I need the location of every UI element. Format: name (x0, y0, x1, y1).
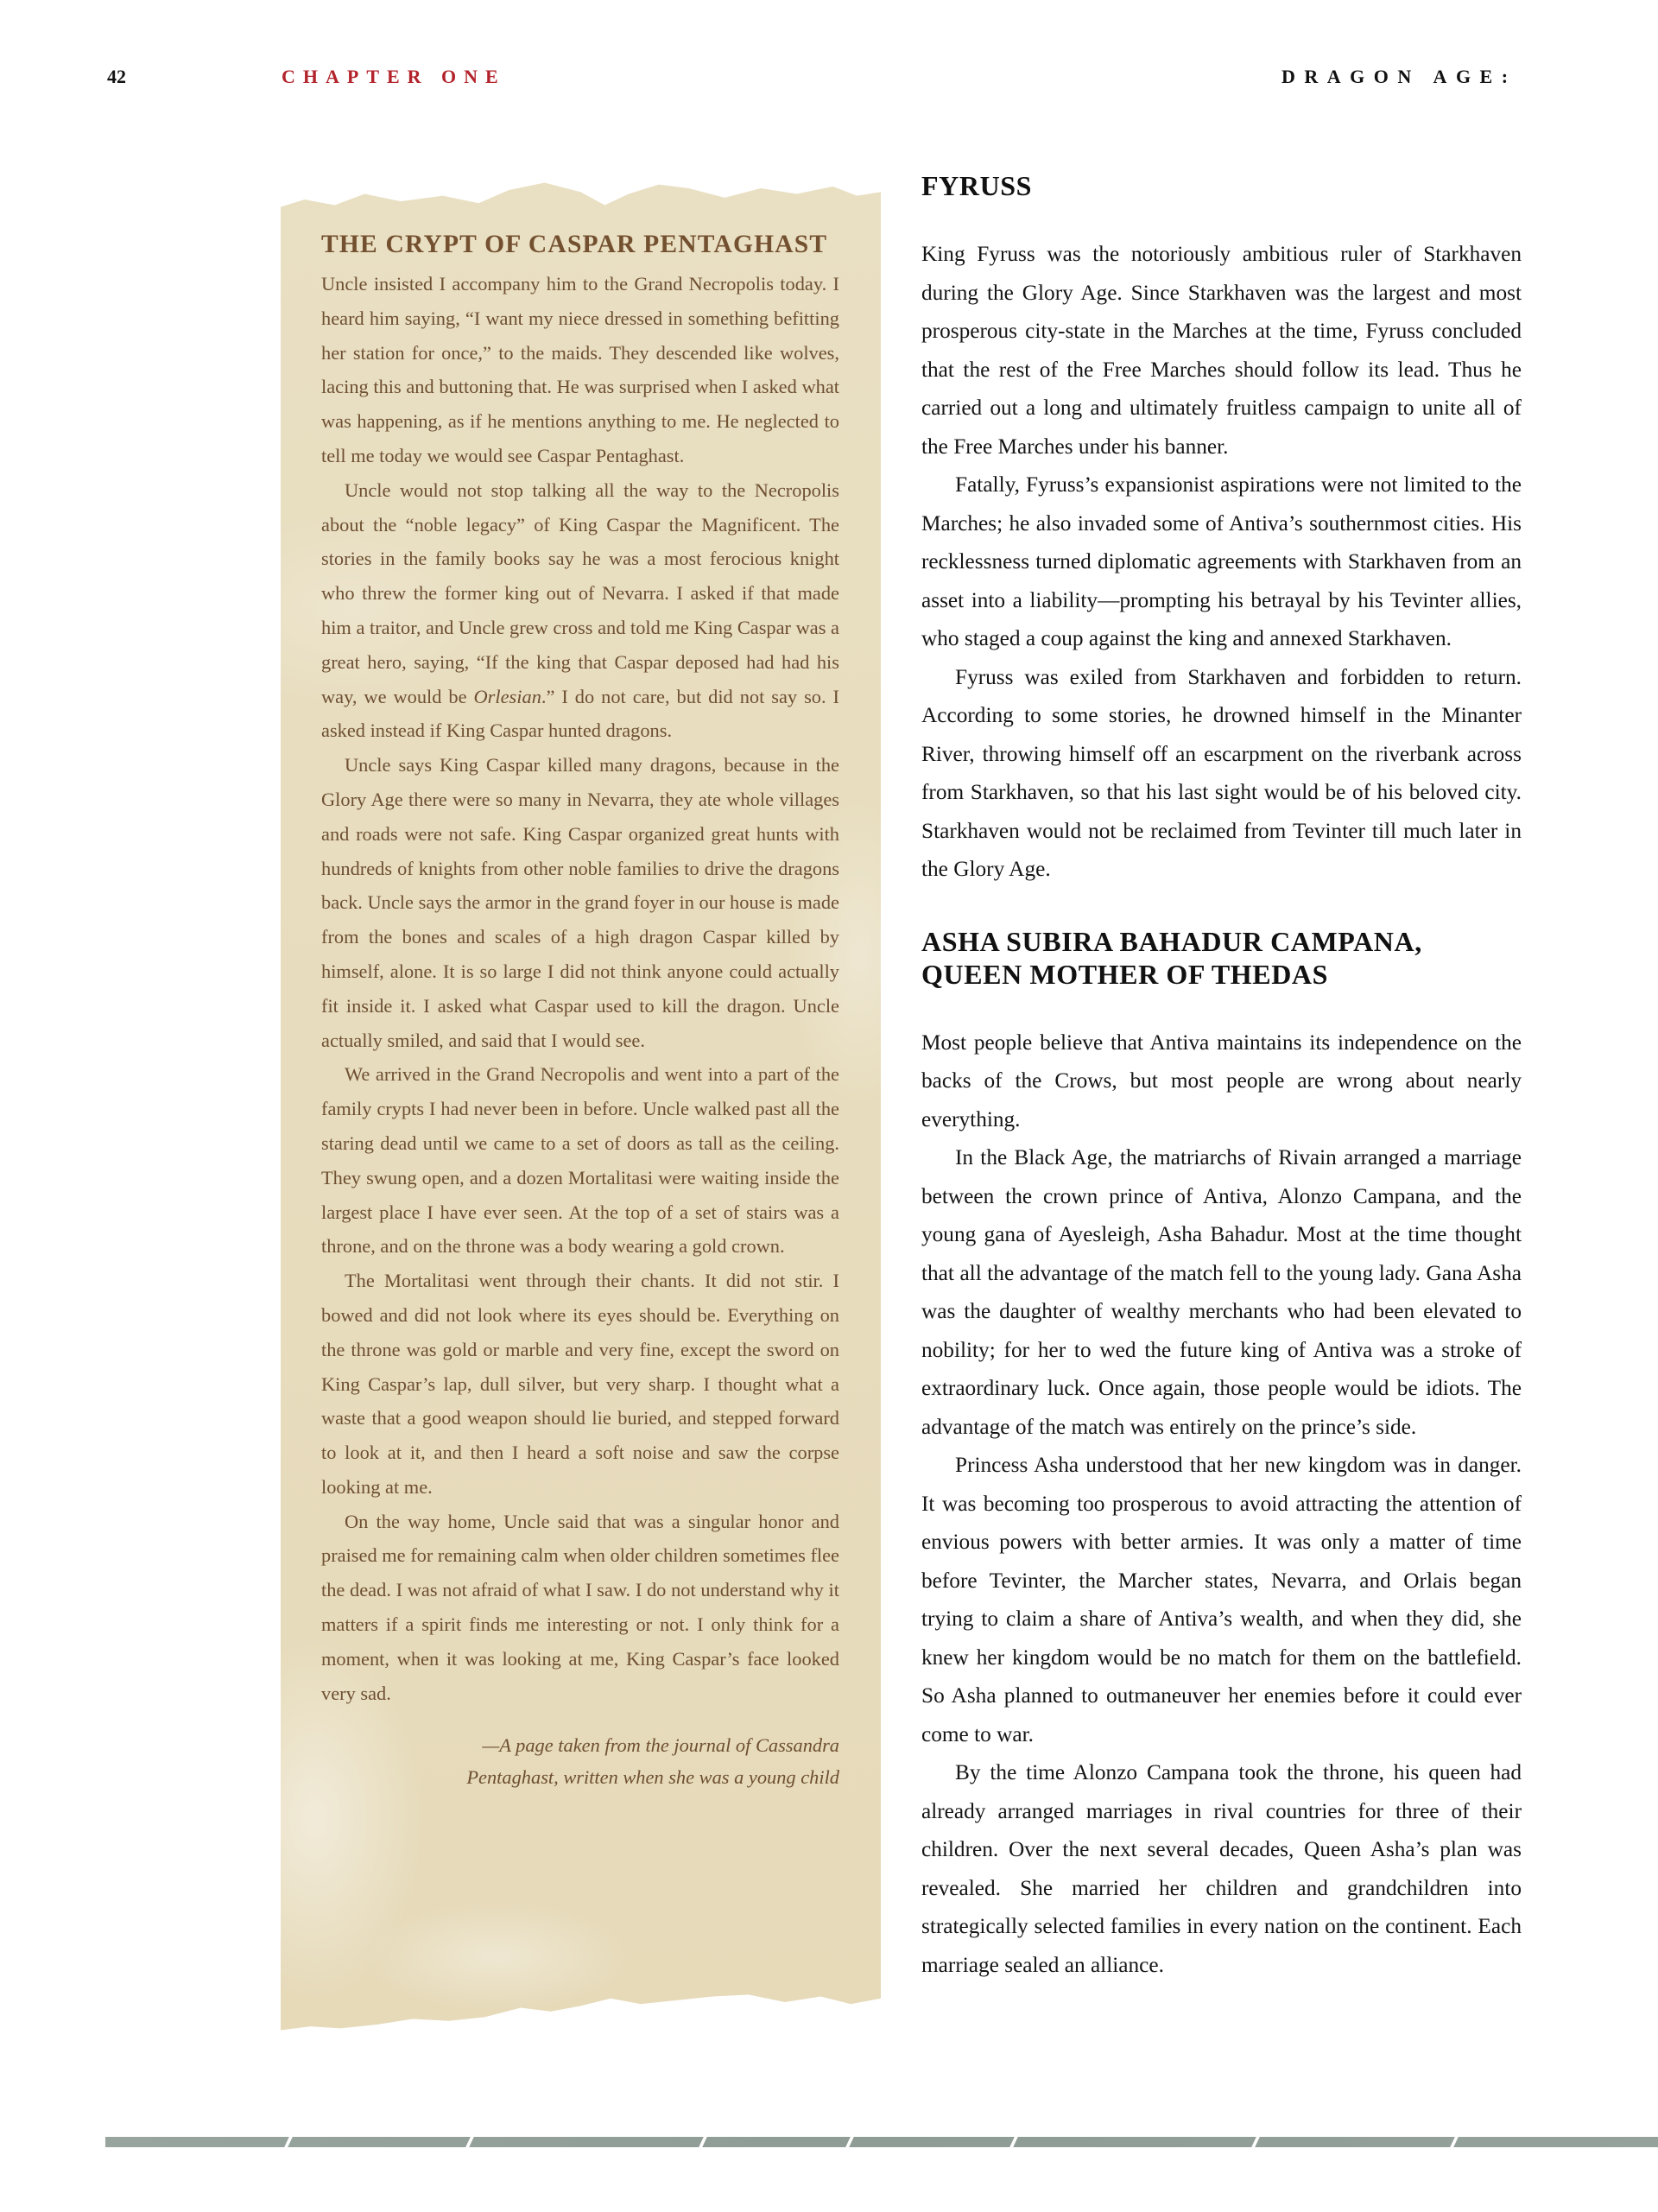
journal-sidebar: THE CRYPT OF CASPAR PENTAGHAST Uncle ins… (281, 177, 881, 2047)
section-heading: ASHA SUBIRA BAHADUR CAMPANA, QUEEN MOTHE… (921, 925, 1522, 991)
page-number: 42 (107, 66, 126, 88)
body-paragraph: King Fyruss was the notoriously ambitiou… (921, 235, 1522, 466)
sidebar-paragraph: On the way home, Uncle said that was a s… (321, 1505, 839, 1711)
sidebar-paragraph: The Mortalitasi went through their chant… (321, 1264, 839, 1505)
body-paragraph: Fyruss was exiled from Starkhaven and fo… (921, 658, 1522, 889)
footer-rule (105, 2137, 1658, 2147)
rule-texture (699, 2137, 707, 2147)
rule-texture (1251, 2137, 1260, 2147)
body-paragraph: Fatally, Fyruss’s expansionist aspiratio… (921, 466, 1522, 658)
sidebar-paragraph-text: Uncle would not stop talking all the way… (321, 479, 839, 707)
section-fyruss: FYRUSS King Fyruss was the notoriously a… (921, 169, 1522, 889)
body-paragraph: Most people believe that Antiva maintain… (921, 1024, 1522, 1139)
emphasis-orlesian: Orlesian (474, 686, 541, 707)
book-title: DRAGON AGE: (1281, 66, 1517, 88)
sidebar-paragraph: Uncle says King Caspar killed many drago… (321, 748, 839, 1057)
rule-texture (1009, 2137, 1018, 2147)
body-paragraph: In the Black Age, the matriarchs of Riva… (921, 1138, 1522, 1446)
rule-texture (845, 2137, 854, 2147)
body-paragraph: By the time Alonzo Campana took the thro… (921, 1753, 1522, 1984)
sidebar-paragraph: Uncle insisted I accompany him to the Gr… (321, 267, 839, 473)
rule-texture (1450, 2137, 1459, 2147)
rule-texture (284, 2137, 293, 2147)
sidebar-title: THE CRYPT OF CASPAR PENTAGHAST (321, 229, 839, 260)
sidebar-content: THE CRYPT OF CASPAR PENTAGHAST Uncle ins… (321, 229, 839, 1793)
section-heading: FYRUSS (921, 169, 1522, 202)
sidebar-body: Uncle insisted I accompany him to the Gr… (321, 267, 839, 1710)
section-asha-campana: ASHA SUBIRA BAHADUR CAMPANA, QUEEN MOTHE… (921, 925, 1522, 1985)
chapter-label: CHAPTER ONE (282, 66, 506, 88)
main-column: FYRUSS King Fyruss was the notoriously a… (921, 169, 1522, 1984)
running-head: 42 CHAPTER ONE DRAGON AGE: (0, 62, 1658, 93)
attribution-line: Pentaghast, written when she was a young… (321, 1761, 839, 1793)
rule-texture (465, 2137, 474, 2147)
body-paragraph: Princess Asha understood that her new ki… (921, 1446, 1522, 1753)
journal-attribution: —A page taken from the journal of Cassan… (321, 1729, 839, 1793)
sidebar-paragraph: Uncle would not stop talking all the way… (321, 473, 839, 748)
sidebar-paragraph: We arrived in the Grand Necropolis and w… (321, 1057, 839, 1264)
attribution-line: —A page taken from the journal of Cassan… (321, 1729, 839, 1761)
